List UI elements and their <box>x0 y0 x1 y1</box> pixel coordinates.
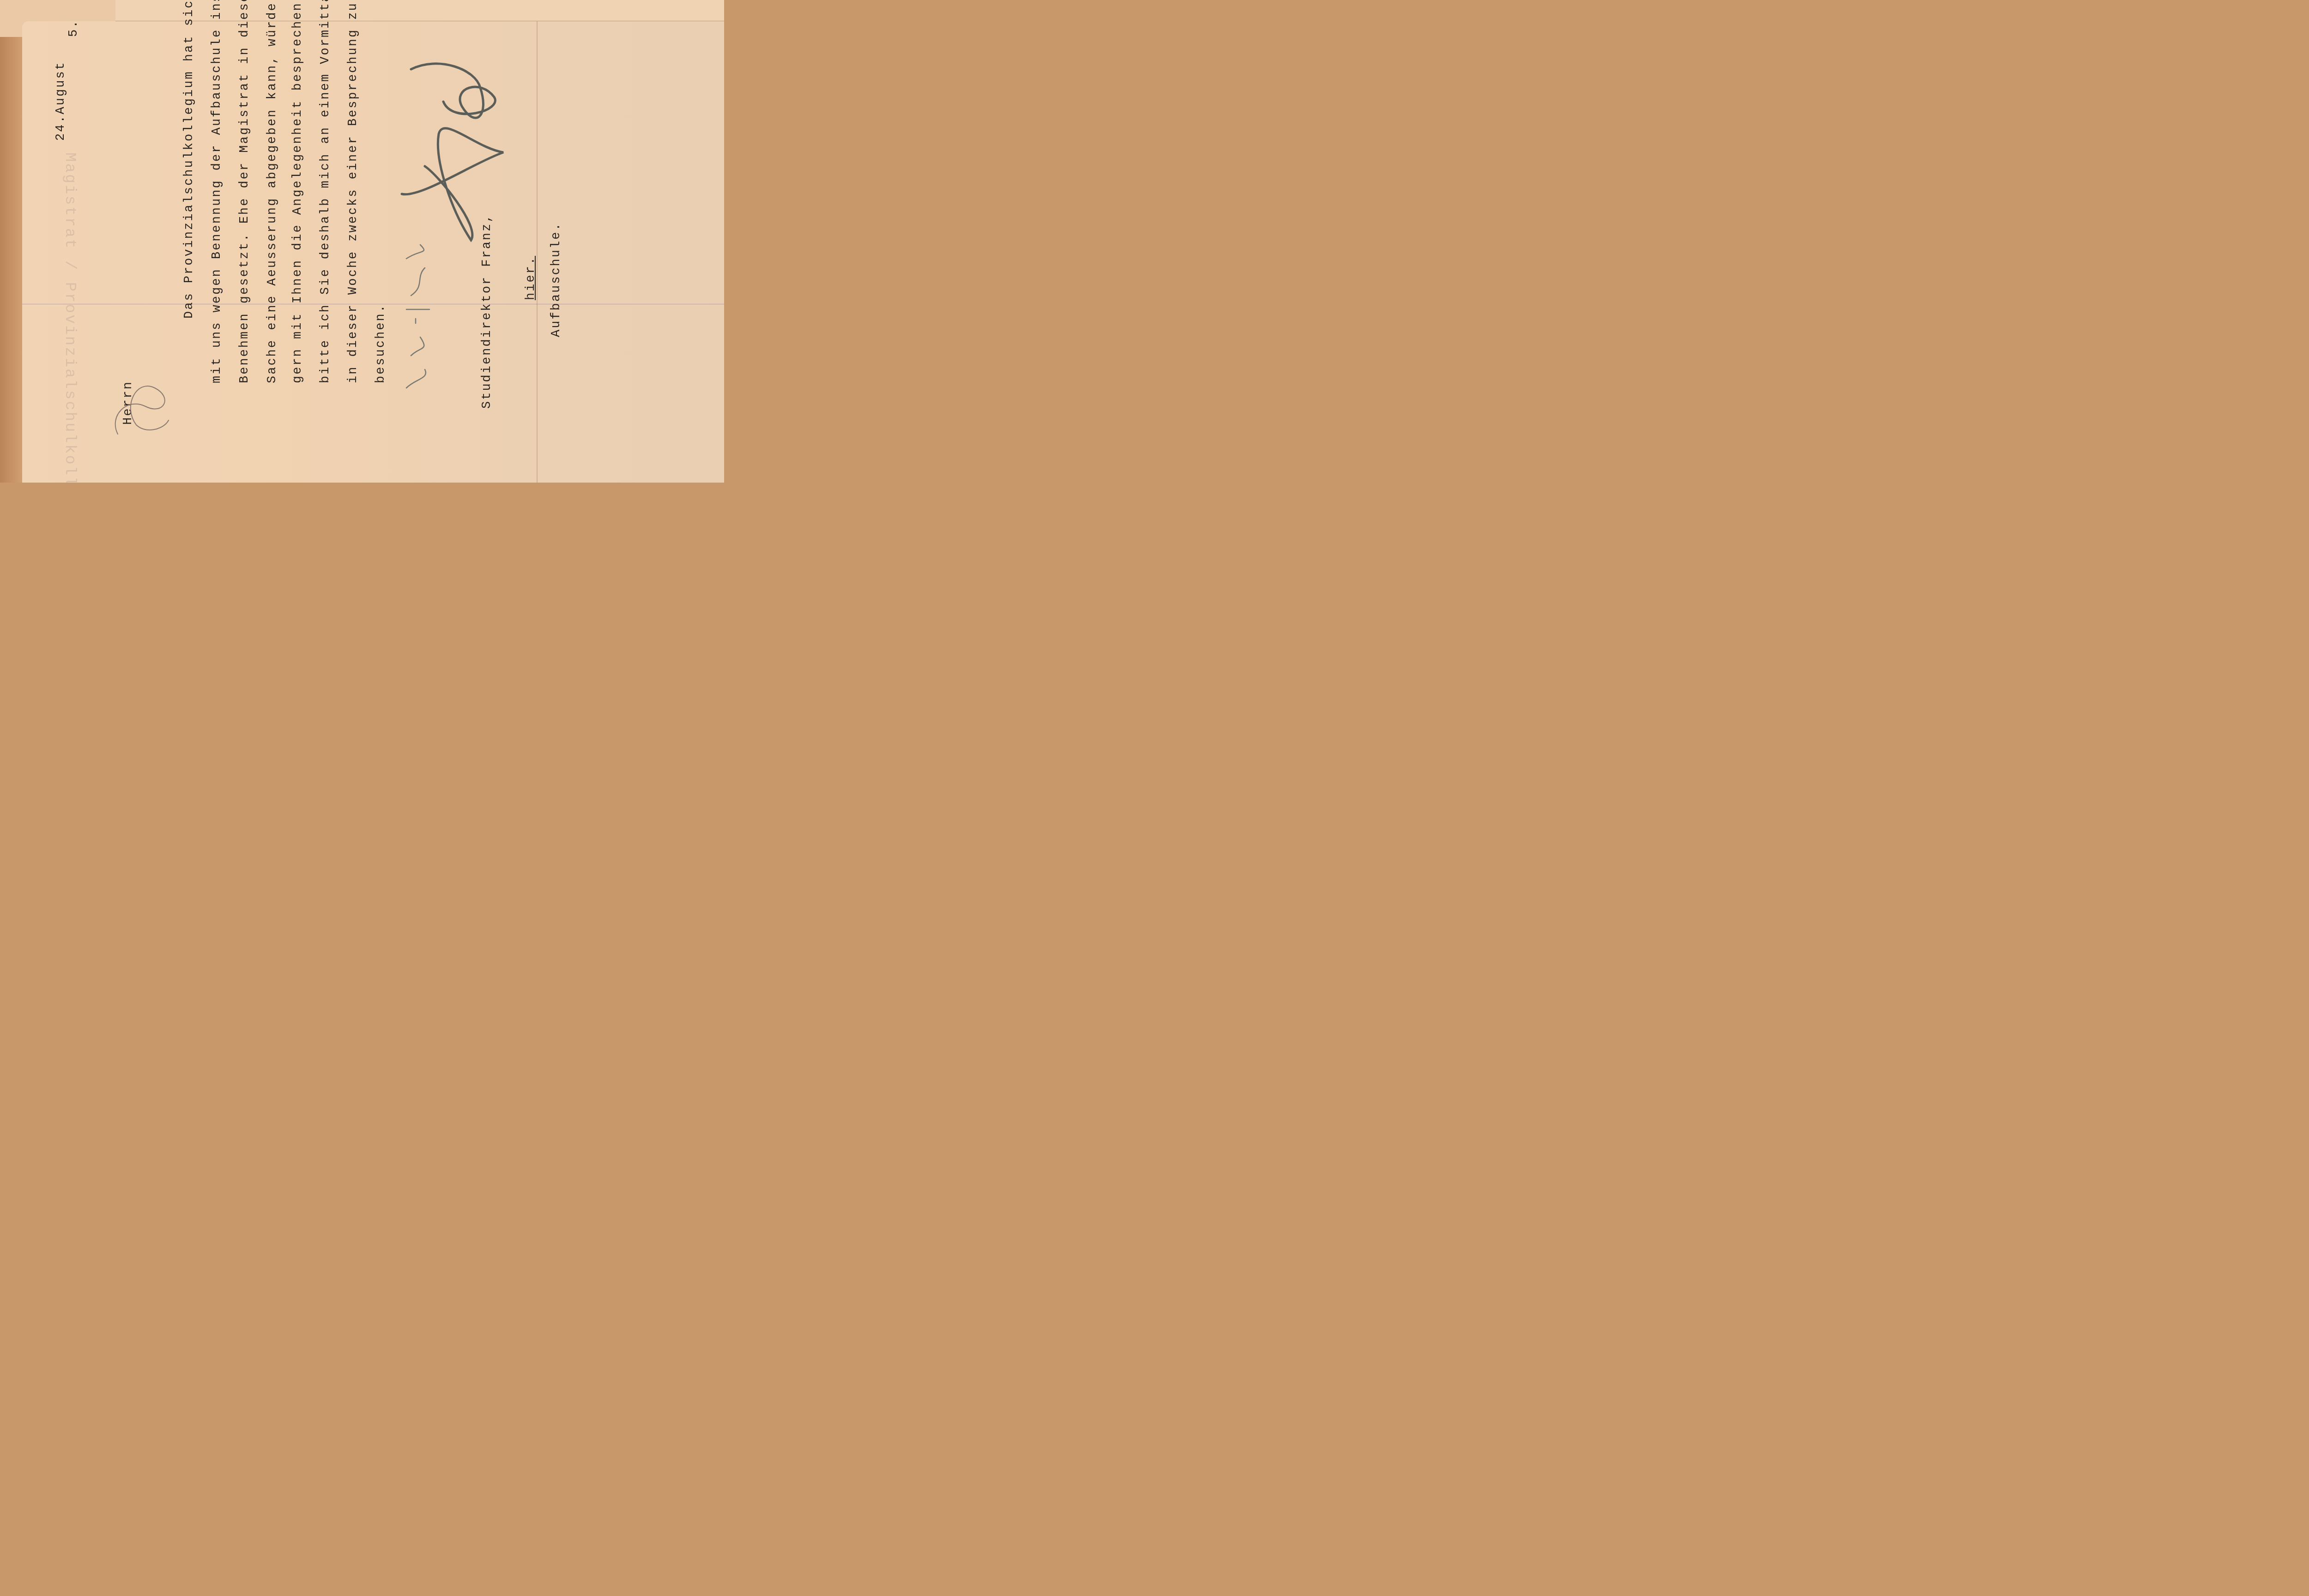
address-institution: Aufbauschule. <box>550 222 563 337</box>
fold-line-horizontal <box>22 304 724 304</box>
bleed-through-heading: Magistrat / Provinzialschulkollegium (mi… <box>61 152 79 483</box>
body-line-3: Benehmen gesetzt. Ehe der Magistrat in d… <box>238 0 252 383</box>
handwritten-date-icon <box>397 240 439 397</box>
body-line-2: mit uns wegen Benennung der Aufbauschule… <box>210 0 224 383</box>
body-line-7: in dieser Woche zwecks einer Besprechung… <box>346 2 360 383</box>
fold-line-vertical <box>537 21 538 483</box>
underlying-page-edge <box>115 0 724 21</box>
pencil-initial-icon <box>109 379 178 439</box>
page-number: 5. <box>67 19 81 37</box>
body-line-8: besuchen. <box>374 303 388 383</box>
body-line-4: Sache eine Aeusserung abgegeben kann, wü… <box>266 0 279 383</box>
letter-date: 24.August <box>54 61 68 141</box>
body-line-1: Das Provinzialschulkollegium hat sich <box>182 0 196 319</box>
body-line-5: gern mit Ihnen die Angelegenheit besprec… <box>291 0 305 383</box>
address-location: hier. <box>524 256 538 300</box>
signature-ink-icon <box>383 60 513 245</box>
body-line-6: bitte ich Sie deshalb mich an einem Vorm… <box>319 0 332 383</box>
